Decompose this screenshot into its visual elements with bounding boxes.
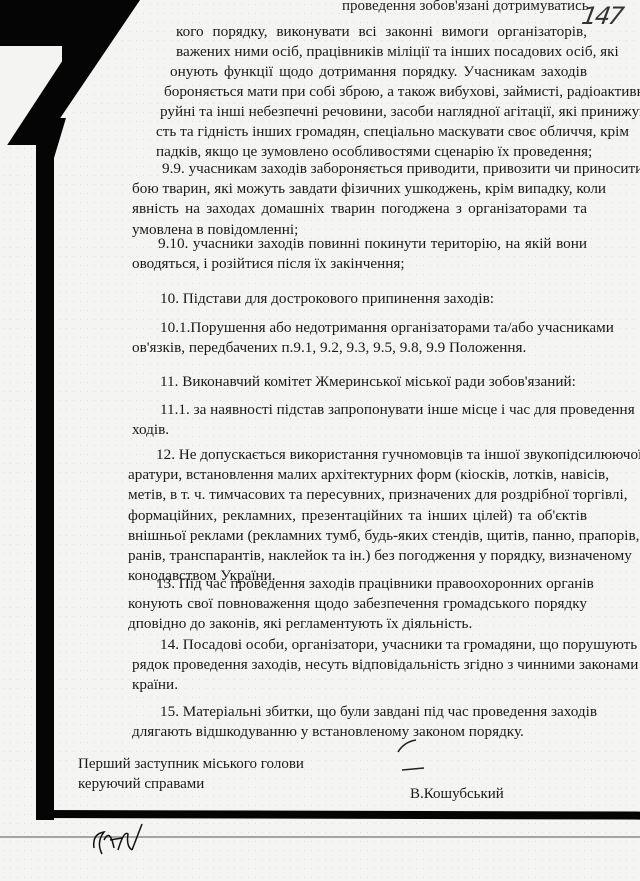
signatory-title: Перший заступник міського голови bbox=[78, 756, 304, 773]
clause-14-line: країни. bbox=[132, 675, 587, 695]
signature-stroke-icon bbox=[390, 738, 440, 778]
clause-11-line: 11. Виконавчий комітет Жмеринської міськ… bbox=[160, 372, 587, 392]
clause-12-line: метів, в т. ч. тимчасових та пересувних,… bbox=[128, 485, 587, 505]
clause-9-9-line: бою тварин, які можуть завдати фізичних … bbox=[132, 179, 587, 199]
text-line: важених ними осіб, працівників міліції т… bbox=[176, 42, 587, 62]
clause-9-10-line: оводяться, і розійтися після їх закінчен… bbox=[132, 254, 587, 274]
clause-9-10-line: 9.10. учасники заходів повинні покинути … bbox=[158, 234, 587, 254]
signatory-subtitle: керуючий справами bbox=[78, 776, 204, 793]
clause-13-line: дповідно до законів, які регламентують ї… bbox=[128, 614, 587, 634]
clause-12-line: формаційних, рекламних, презентаційних т… bbox=[128, 506, 587, 526]
clause-12-line: внішньої реклами (рекламних тумб, будь-я… bbox=[128, 526, 587, 546]
clause-10-1-line: ов'язків, передбачених п.9.1, 9.2, 9.3, … bbox=[132, 338, 587, 358]
clause-9-9-line: явність на заходах домашніх тварин погод… bbox=[132, 199, 587, 219]
text-line: руйні та інші небезпечні речовини, засоб… bbox=[160, 102, 587, 122]
signatory-name: В.Кошубський bbox=[410, 786, 504, 803]
clause-13-line: 13. Під час проведення заходів працівник… bbox=[156, 574, 587, 594]
clause-15-line: 15. Матеріальні збитки, що були завдані … bbox=[160, 702, 587, 722]
text-line: кого порядку, виконувати всі законні вим… bbox=[176, 22, 587, 42]
clause-14-line: 14. Посадові особи, організатори, учасни… bbox=[160, 635, 587, 655]
text-line: бороняється мати при собі зброю, а також… bbox=[164, 82, 587, 102]
copier-shadow-bottom bbox=[42, 810, 640, 820]
clause-14-line: рядок проведення заходів, несуть відпові… bbox=[132, 655, 587, 675]
clause-12-line: 12. Не допускається використання гучномо… bbox=[156, 445, 587, 465]
clause-10-1-line: 10.1.Порушення або недотримання організа… bbox=[160, 318, 587, 338]
handwritten-initials-icon bbox=[88, 820, 148, 860]
clause-15-line: длягають відшкодуванню у встановленому з… bbox=[132, 722, 587, 742]
clause-12-line: ранів, транспарантів, наклейок та ін.) б… bbox=[128, 546, 587, 566]
clause-13-line: конують свої повноваження щодо забезпече… bbox=[128, 594, 587, 614]
clause-9-9-line: 9.9. учасникам заходів забороняється при… bbox=[162, 159, 587, 179]
clause-11-1-line: ходів. bbox=[132, 420, 587, 440]
copier-shadow-left bbox=[36, 140, 54, 820]
header-fragment: проведення зобов'язані дотримуватись bbox=[342, 0, 589, 16]
clause-11-1-line: 11.1. за наявності підстав запропонувати… bbox=[160, 400, 587, 420]
clause-12-line: аратури, встановлення малих архітектурни… bbox=[128, 465, 587, 485]
clause-10-line: 10. Підстави для дострокового припинення… bbox=[160, 289, 587, 309]
text-line: сть та гідність інших громадян, спеціаль… bbox=[156, 122, 587, 142]
text-line: онують функції щодо дотримання порядку. … bbox=[170, 62, 587, 82]
